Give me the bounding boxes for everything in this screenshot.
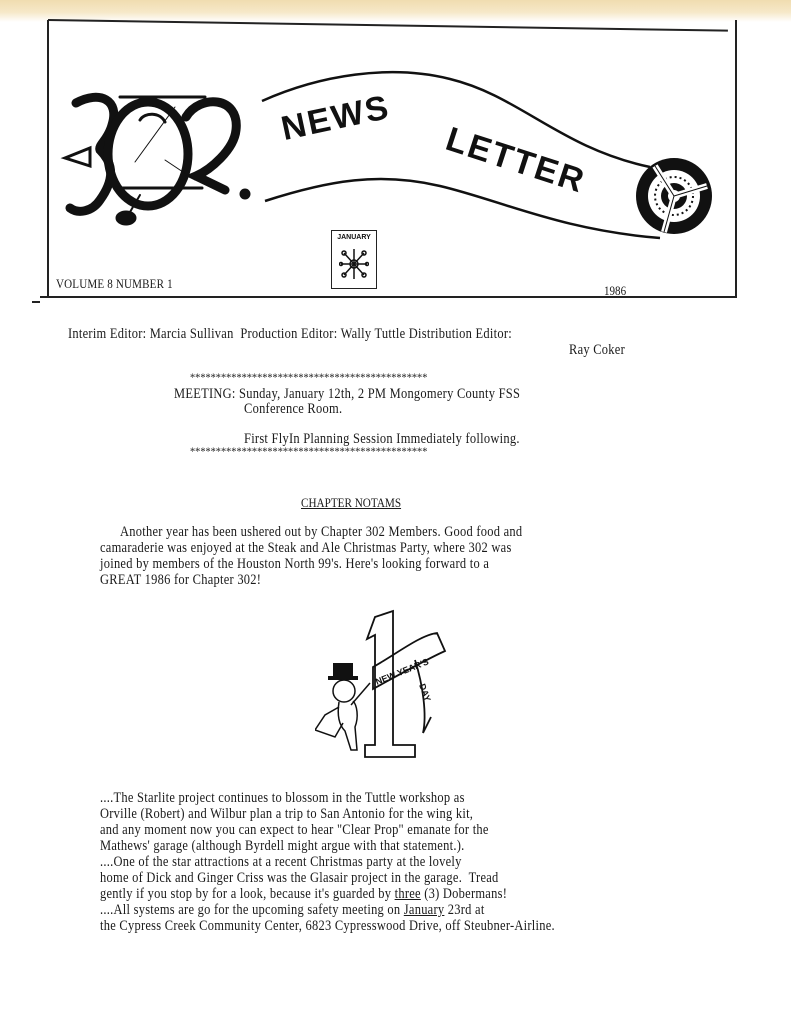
airplane-wheel-propeller-icon <box>636 158 712 234</box>
biplane-logo-icon <box>65 97 250 225</box>
section-heading: CHAPTER NOTAMS <box>301 495 401 511</box>
volume-number: VOLUME 8 NUMBER 1 <box>56 276 173 292</box>
meeting-location: Conference Room. <box>244 402 342 417</box>
news-item-text: 23rd at <box>444 902 484 918</box>
news-item-text: ....All systems are go for the upcoming … <box>100 902 404 918</box>
month-badge: JANUARY <box>331 230 377 289</box>
editors-line: Interim Editor: Marcia Sullivan Producti… <box>68 327 512 342</box>
news-item-line: gently if you stop by for a look, becaus… <box>100 887 507 902</box>
news-item-line: Mathews' garage (although Byrdell might … <box>100 839 464 854</box>
intro-line: Another year has been ushered out by Cha… <box>120 525 522 540</box>
divider-stars: ****************************************… <box>190 370 427 385</box>
news-item-text: (3) Dobermans! <box>421 886 507 902</box>
underlined-word: January <box>404 902 445 918</box>
meeting-details: MEETING: Sunday, January 12th, 2 PM Mong… <box>174 387 520 402</box>
editors-line-continued: Ray Coker <box>569 343 625 358</box>
snowflake-icon <box>339 245 369 283</box>
news-item-line: Orville (Robert) and Wilbur plan a trip … <box>100 807 473 822</box>
svg-text:DAY: DAY <box>417 682 433 703</box>
new-years-baby-illustration-icon: NEW YEAR'S DAY <box>315 605 465 765</box>
news-item-line: home of Dick and Ginger Criss was the Gl… <box>100 871 499 886</box>
underlined-word: three <box>395 886 421 902</box>
news-item-line: ....All systems are go for the upcoming … <box>100 903 485 918</box>
divider-stars: ****************************************… <box>190 444 427 459</box>
news-item-text: gently if you stop by for a look, becaus… <box>100 886 395 902</box>
intro-line: camaraderie was enjoyed at the Steak and… <box>100 541 512 556</box>
issue-year: 1986 <box>604 283 626 299</box>
news-item-line: ....One of the star attractions at a rec… <box>100 855 462 870</box>
news-item-line: the Cypress Creek Community Center, 6823… <box>100 919 555 934</box>
news-item-line: and any moment now you can expect to hea… <box>100 823 489 838</box>
margin-mark <box>32 301 40 303</box>
intro-line: GREAT 1986 for Chapter 302! <box>100 573 261 588</box>
month-badge-label: JANUARY <box>332 234 376 241</box>
news-item-line: ....The Starlite project continues to bl… <box>100 791 465 806</box>
masthead-art <box>0 0 791 300</box>
intro-line: joined by members of the Houston North 9… <box>100 557 489 572</box>
